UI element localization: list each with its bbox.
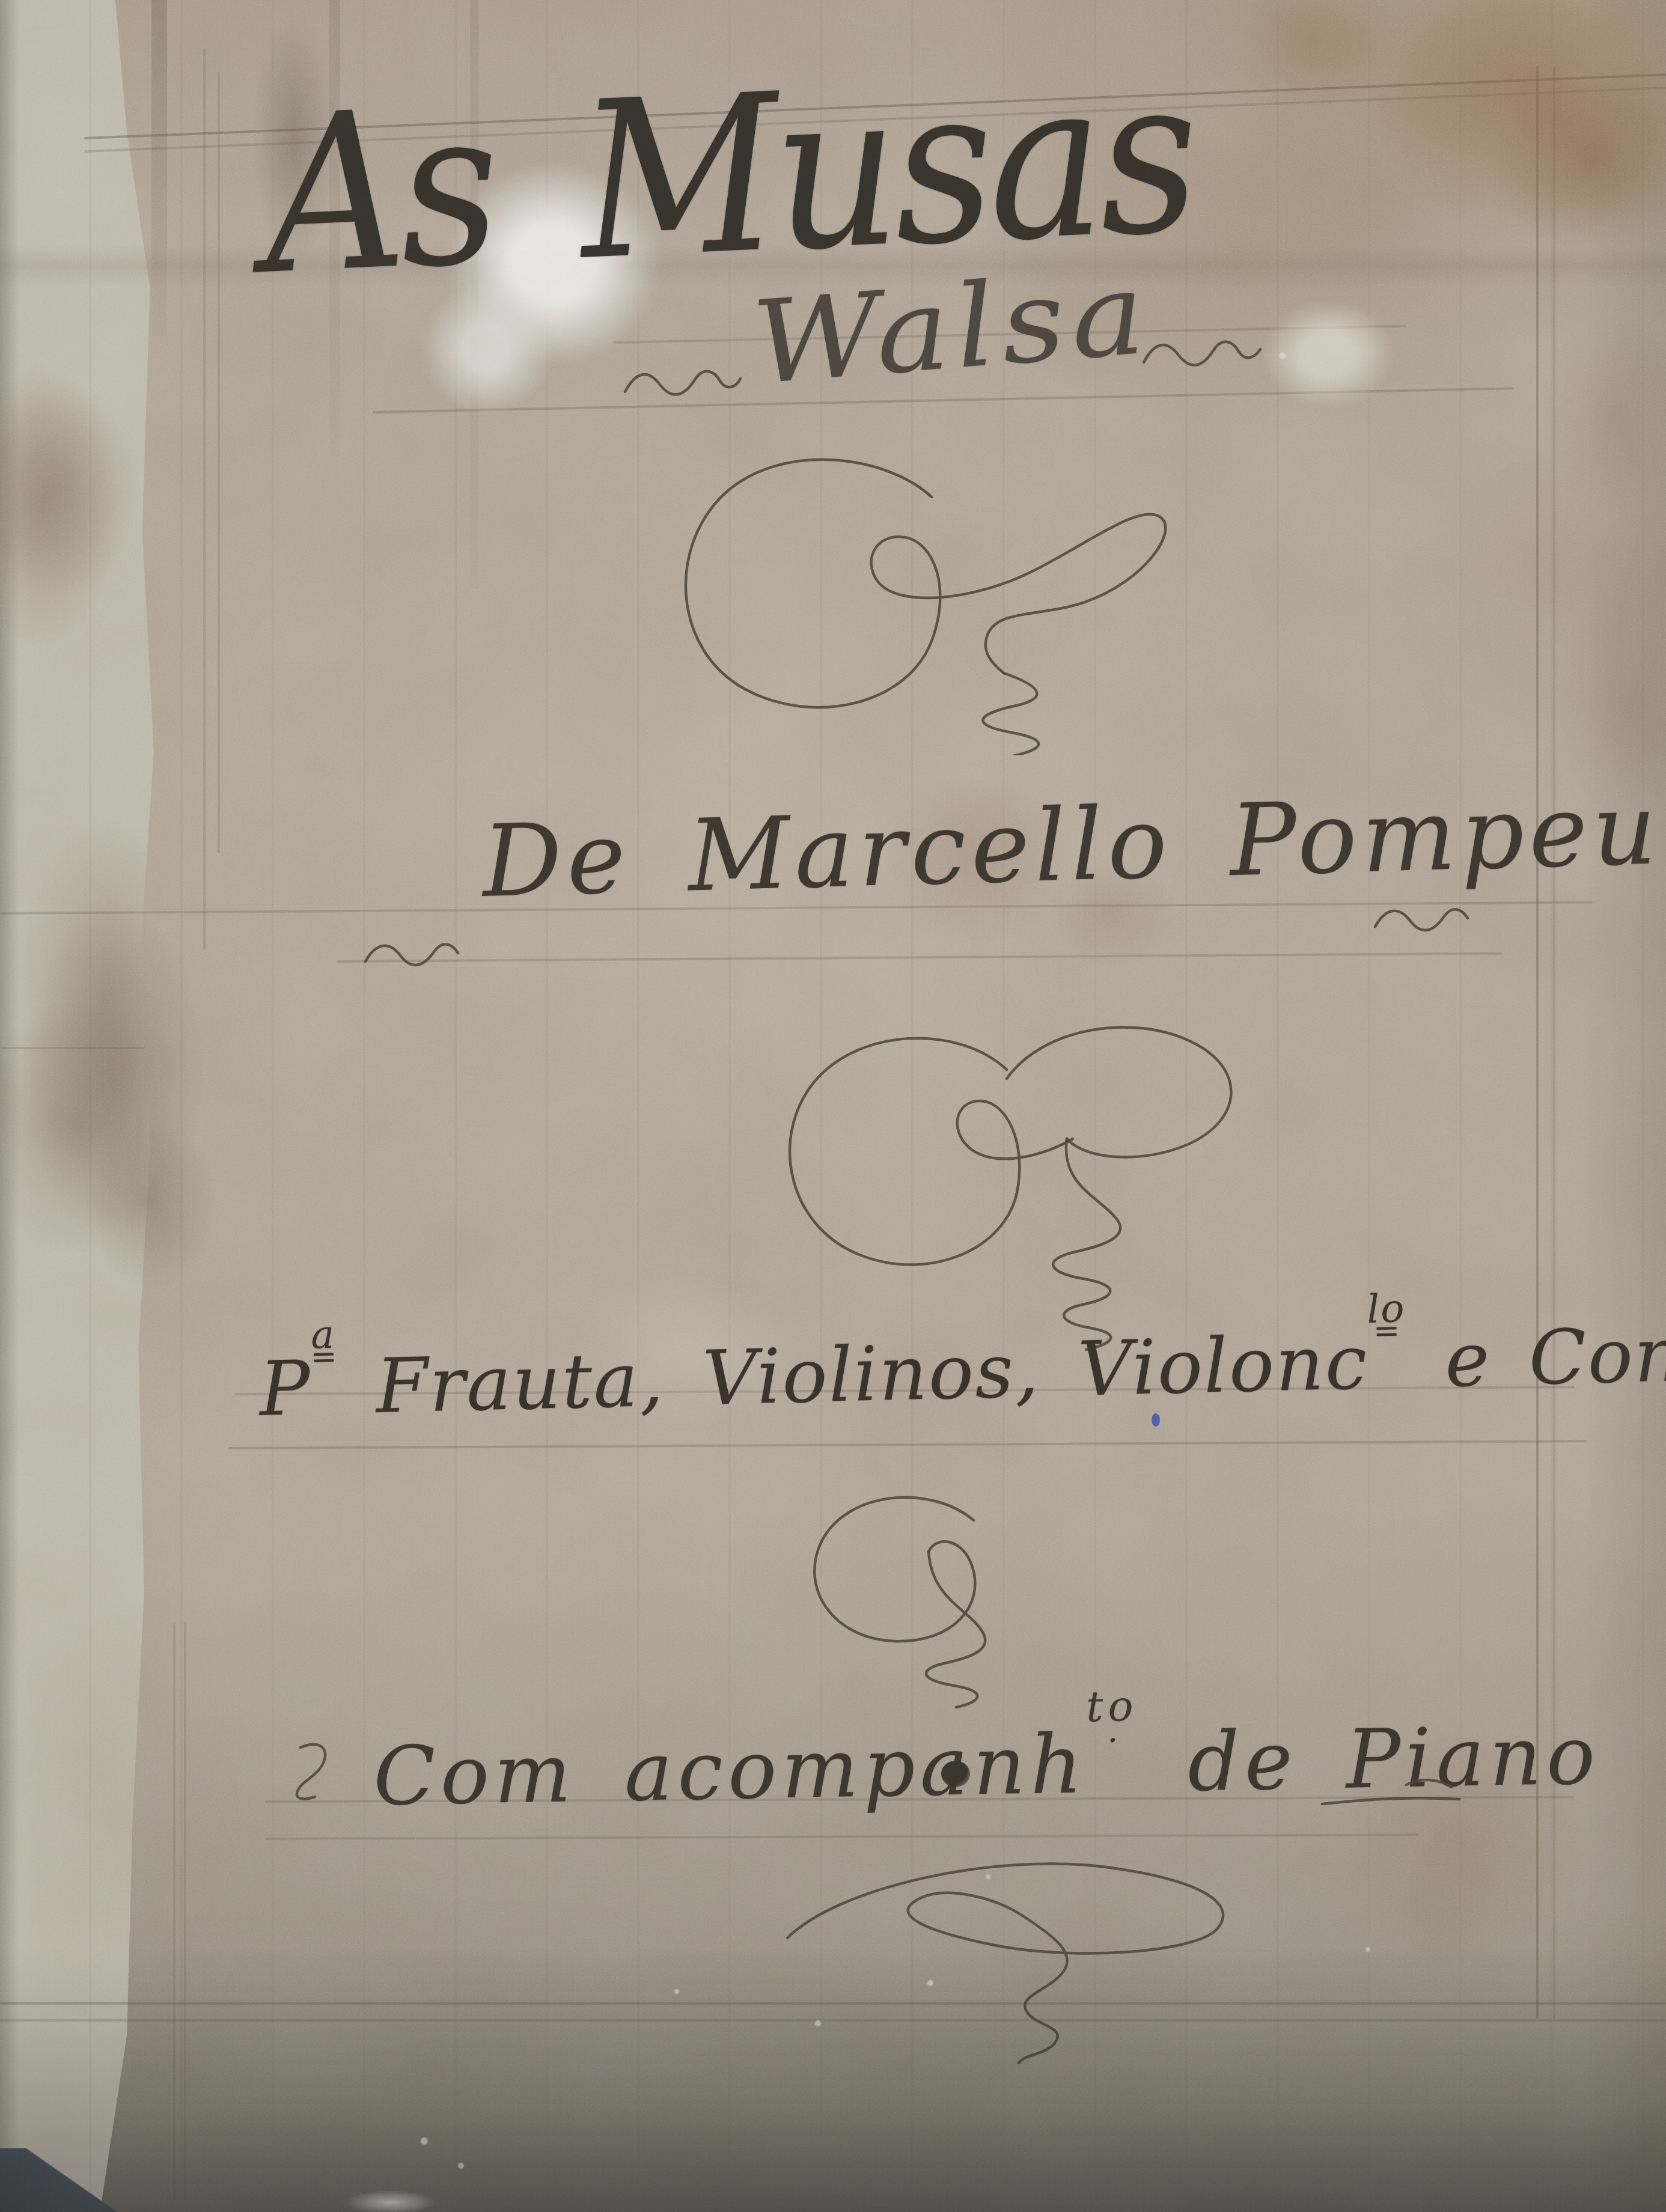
flourish-ornament [736,1842,1247,2065]
ink-blot [941,1761,970,1787]
paper-tear-highlight [346,2190,436,2212]
ruled-vertical-line [218,72,220,853]
stain [84,1112,216,1292]
tilde-decoration [1139,328,1265,382]
ruled-vertical-line [173,1622,175,2199]
flourish-ornament [748,1010,1241,1355]
tilde-decoration [361,930,463,978]
ruled-vertical-line [203,48,206,949]
superscript-abbreviation: to. [1086,1693,1139,1741]
light-specks [0,0,4,4]
script-text: Com acompanh [373,1717,1088,1824]
script-text: P [258,1345,313,1433]
flourish-ornament [664,452,1181,755]
dash-decoration [1316,1773,1466,1827]
manuscript-cover-page: As Musas Walsa De Marcello Pompeu Pa= Fr… [0,0,1666,2212]
superscript-abbreviation: a= [310,1323,337,1368]
blue-ink-dot [1152,1413,1160,1427]
ruled-vertical-line [184,1622,186,2199]
superscript-abbreviation: lo= [1367,1297,1406,1341]
tilde-decoration [288,1737,385,1803]
tilde-decoration [619,355,745,409]
table-surface-corner [0,2148,120,2212]
script-text: e Contrab [1406,1307,1666,1405]
tilde-decoration [1370,897,1472,945]
flourish-ornament [790,1481,1079,1713]
white-stain [1262,300,1394,409]
